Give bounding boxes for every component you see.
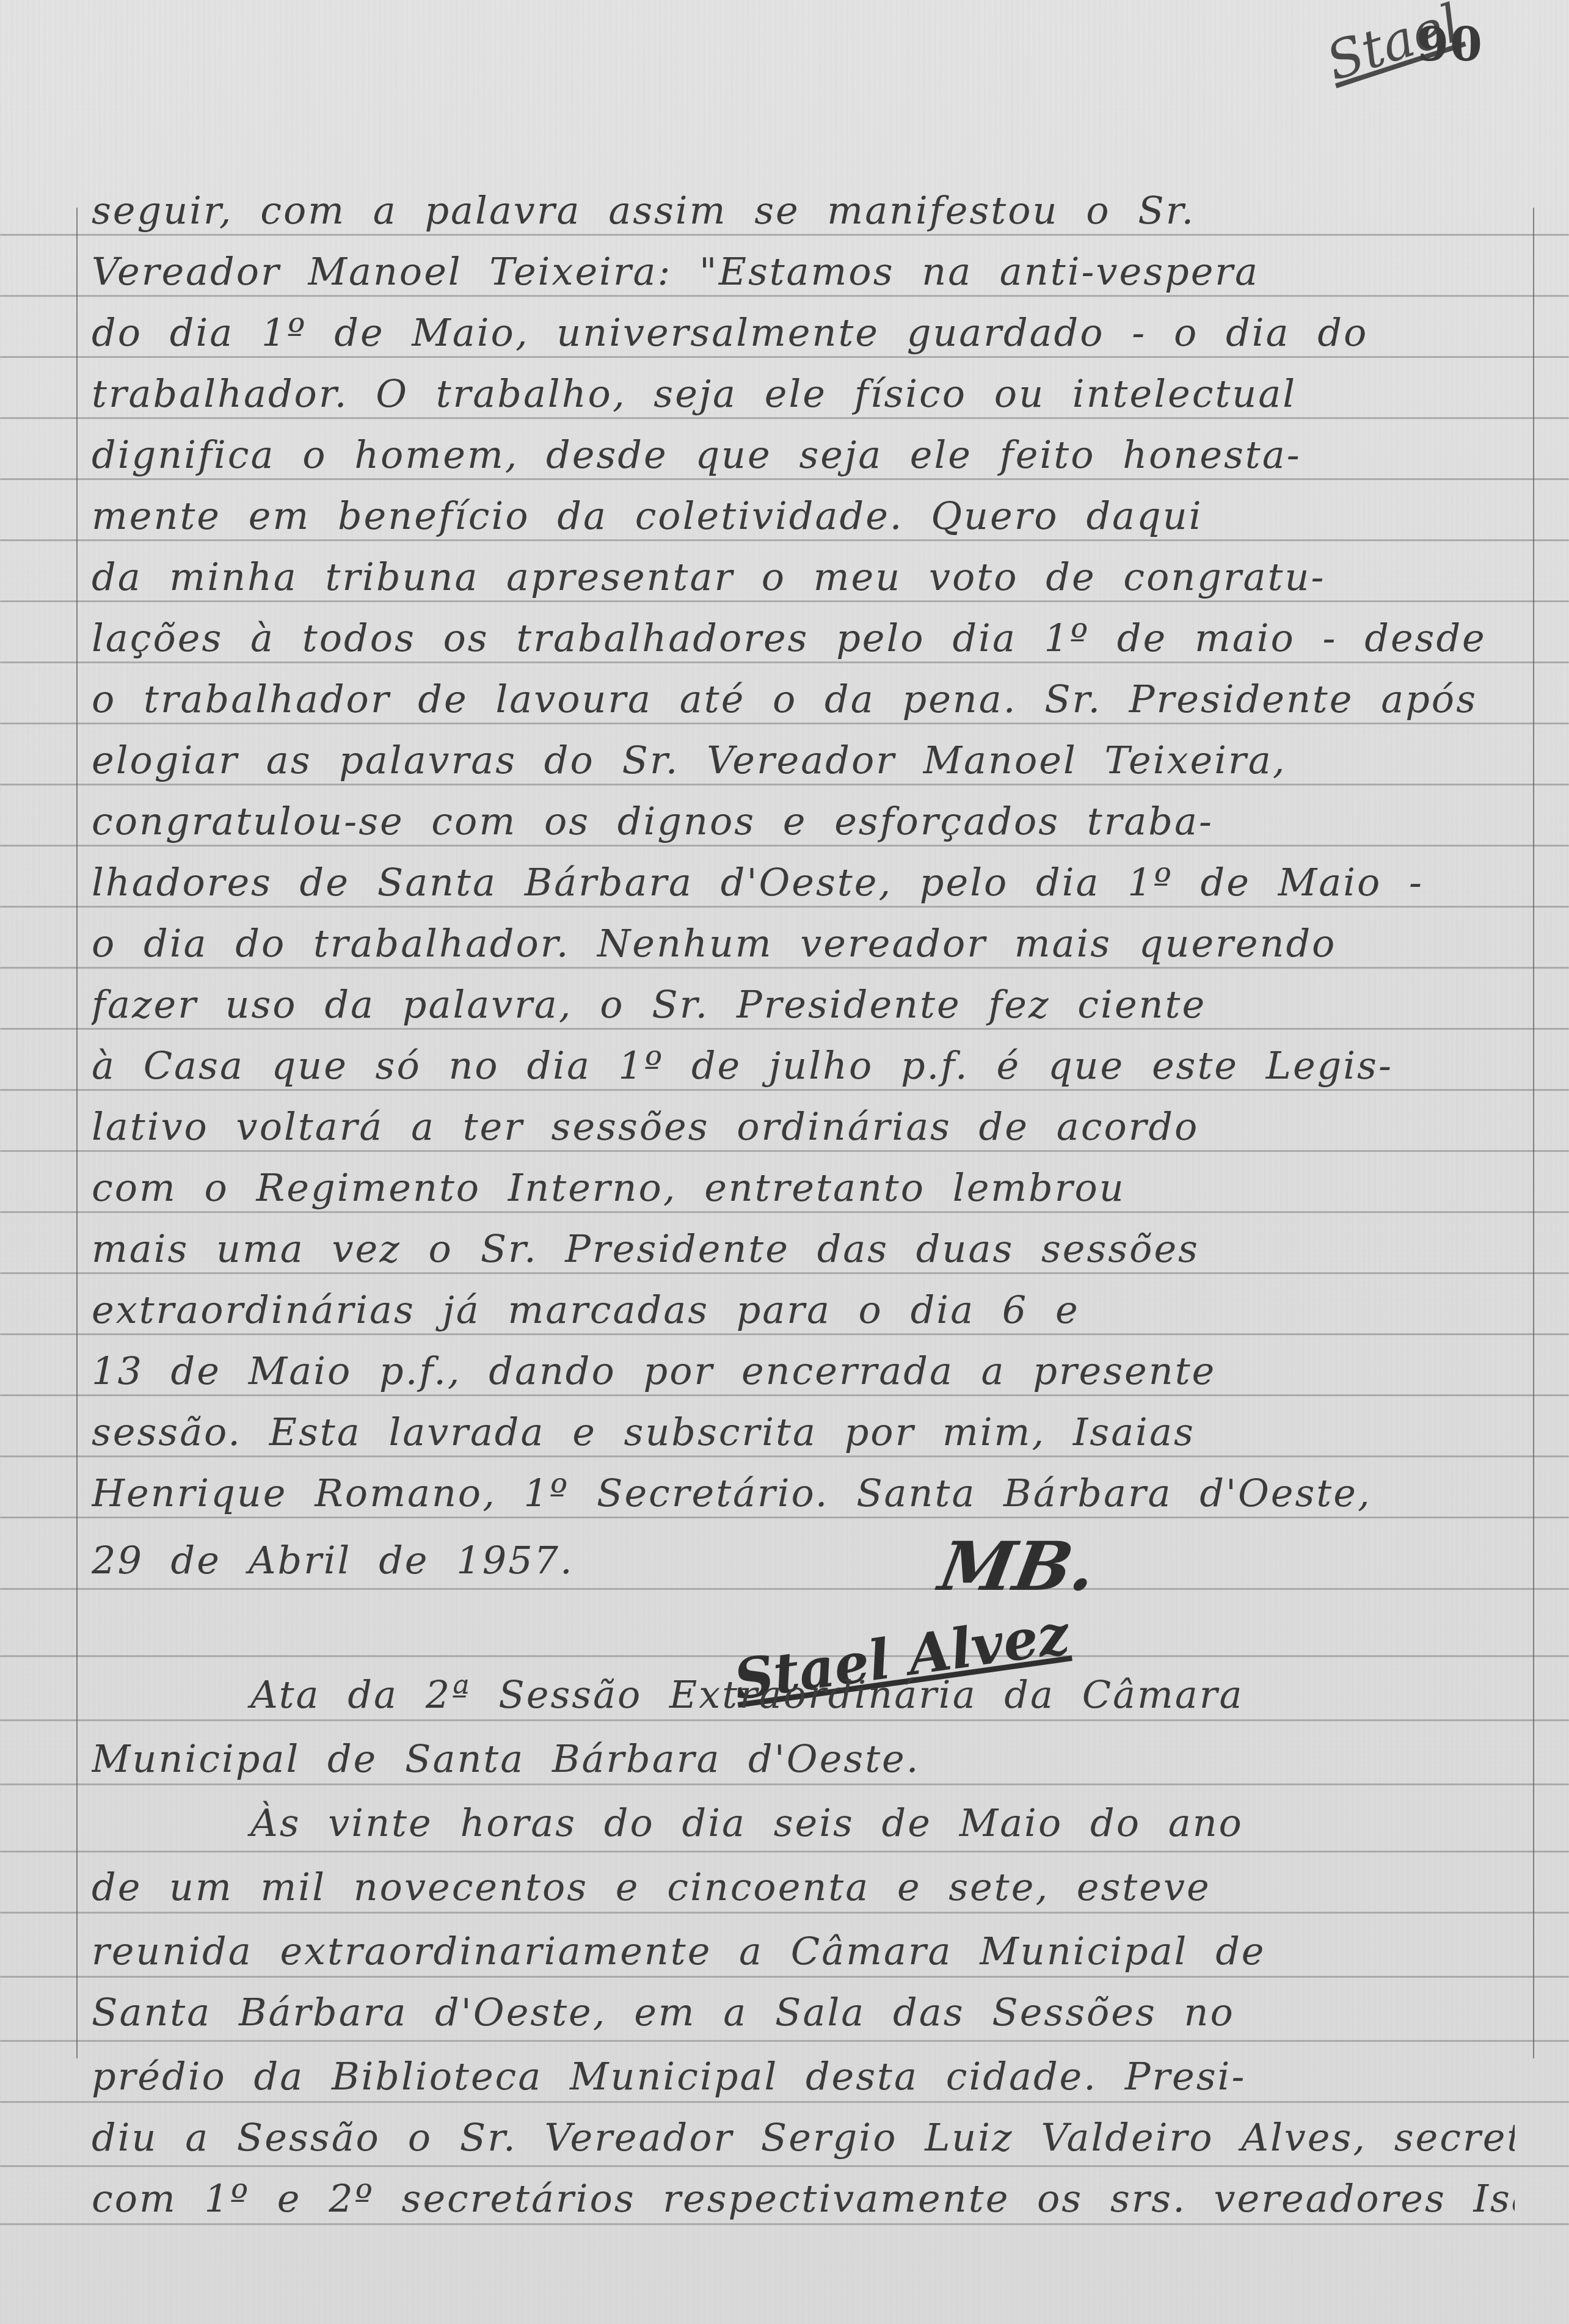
handwritten-line: lações à todos os trabalhadores pelo dia… [92, 605, 1515, 672]
handwritten-line: à Casa que só no dia 1º de julho p.f. é … [92, 1032, 1515, 1099]
handwritten-line: Vereador Manoel Teixeira: "Estamos na an… [92, 238, 1515, 305]
handwritten-line: com 1º e 2º secretários respectivamente … [92, 2165, 1515, 2232]
handwritten-line: dignifica o homem, desde que seja ele fe… [92, 421, 1515, 489]
handwritten-line: lhadores de Santa Bárbara d'Oeste, pelo … [92, 849, 1515, 916]
handwritten-line: fazer uso da palavra, o Sr. Presidente f… [92, 971, 1515, 1038]
handwritten-line: o trabalhador de lavoura até o da pena. … [92, 666, 1515, 733]
handwritten-line: 13 de Maio p.f., dando por encerrada a p… [92, 1338, 1515, 1405]
handwritten-line: seguir, com a palavra assim se manifesto… [92, 177, 1515, 244]
handwritten-line: 29 de Abril de 1957. [92, 1527, 886, 1594]
handwritten-line: de um mil novecentos e cincoenta e sete,… [92, 1854, 1515, 1921]
handwritten-line: o dia do trabalhador. Nenhum vereador ma… [92, 910, 1515, 977]
handwritten-line: diu a Sessão o Sr. Vereador Sergio Luiz … [92, 2104, 1515, 2171]
handwritten-line: da minha tribuna apresentar o meu voto d… [92, 544, 1515, 611]
left-margin-line [76, 208, 78, 2058]
handwritten-line: extraordinárias já marcadas para o dia 6… [92, 1277, 1515, 1344]
initials-signature: MB. [934, 1527, 1102, 1606]
section-2-title-line: Ata da 2ª Sessão Extraordinária da Câmar… [92, 1661, 1569, 1728]
handwritten-line: elogiar as palavras do Sr. Vereador Mano… [92, 727, 1515, 794]
section-2-title-line: Municipal de Santa Bárbara d'Oeste. [92, 1725, 1515, 1793]
handwritten-line: mais uma vez o Sr. Presidente das duas s… [92, 1215, 1515, 1283]
manuscript-page: Stael 90 seguir, com a palavra assim se … [0, 0, 1569, 2324]
right-margin-line [1533, 208, 1534, 2058]
handwritten-line: reunida extraordinariamente a Câmara Mun… [92, 1918, 1515, 1985]
handwritten-line: congratulou-se com os dignos e esforçado… [92, 788, 1515, 855]
handwritten-line: do dia 1º de Maio, universalmente guarda… [92, 299, 1515, 366]
handwritten-line: prédio da Biblioteca Municipal desta cid… [92, 2043, 1515, 2110]
handwritten-line: com o Regimento Interno, entretanto lemb… [92, 1154, 1515, 1222]
handwritten-line: lativo voltará a ter sessões ordinárias … [92, 1093, 1515, 1160]
handwritten-line: Henrique Romano, 1º Secretário. Santa Bá… [92, 1460, 1515, 1527]
handwritten-line: mente em benefício da coletividade. Quer… [92, 483, 1515, 550]
handwritten-line: Santa Bárbara d'Oeste, em a Sala das Ses… [92, 1979, 1515, 2046]
handwritten-line: trabalhador. O trabalho, seja ele físico… [92, 360, 1515, 428]
handwritten-line: sessão. Esta lavrada e subscrita por mim… [92, 1399, 1515, 1466]
handwritten-line: Às vinte horas do dia seis de Maio do an… [92, 1790, 1569, 1857]
page-number: 90 [1416, 17, 1483, 71]
